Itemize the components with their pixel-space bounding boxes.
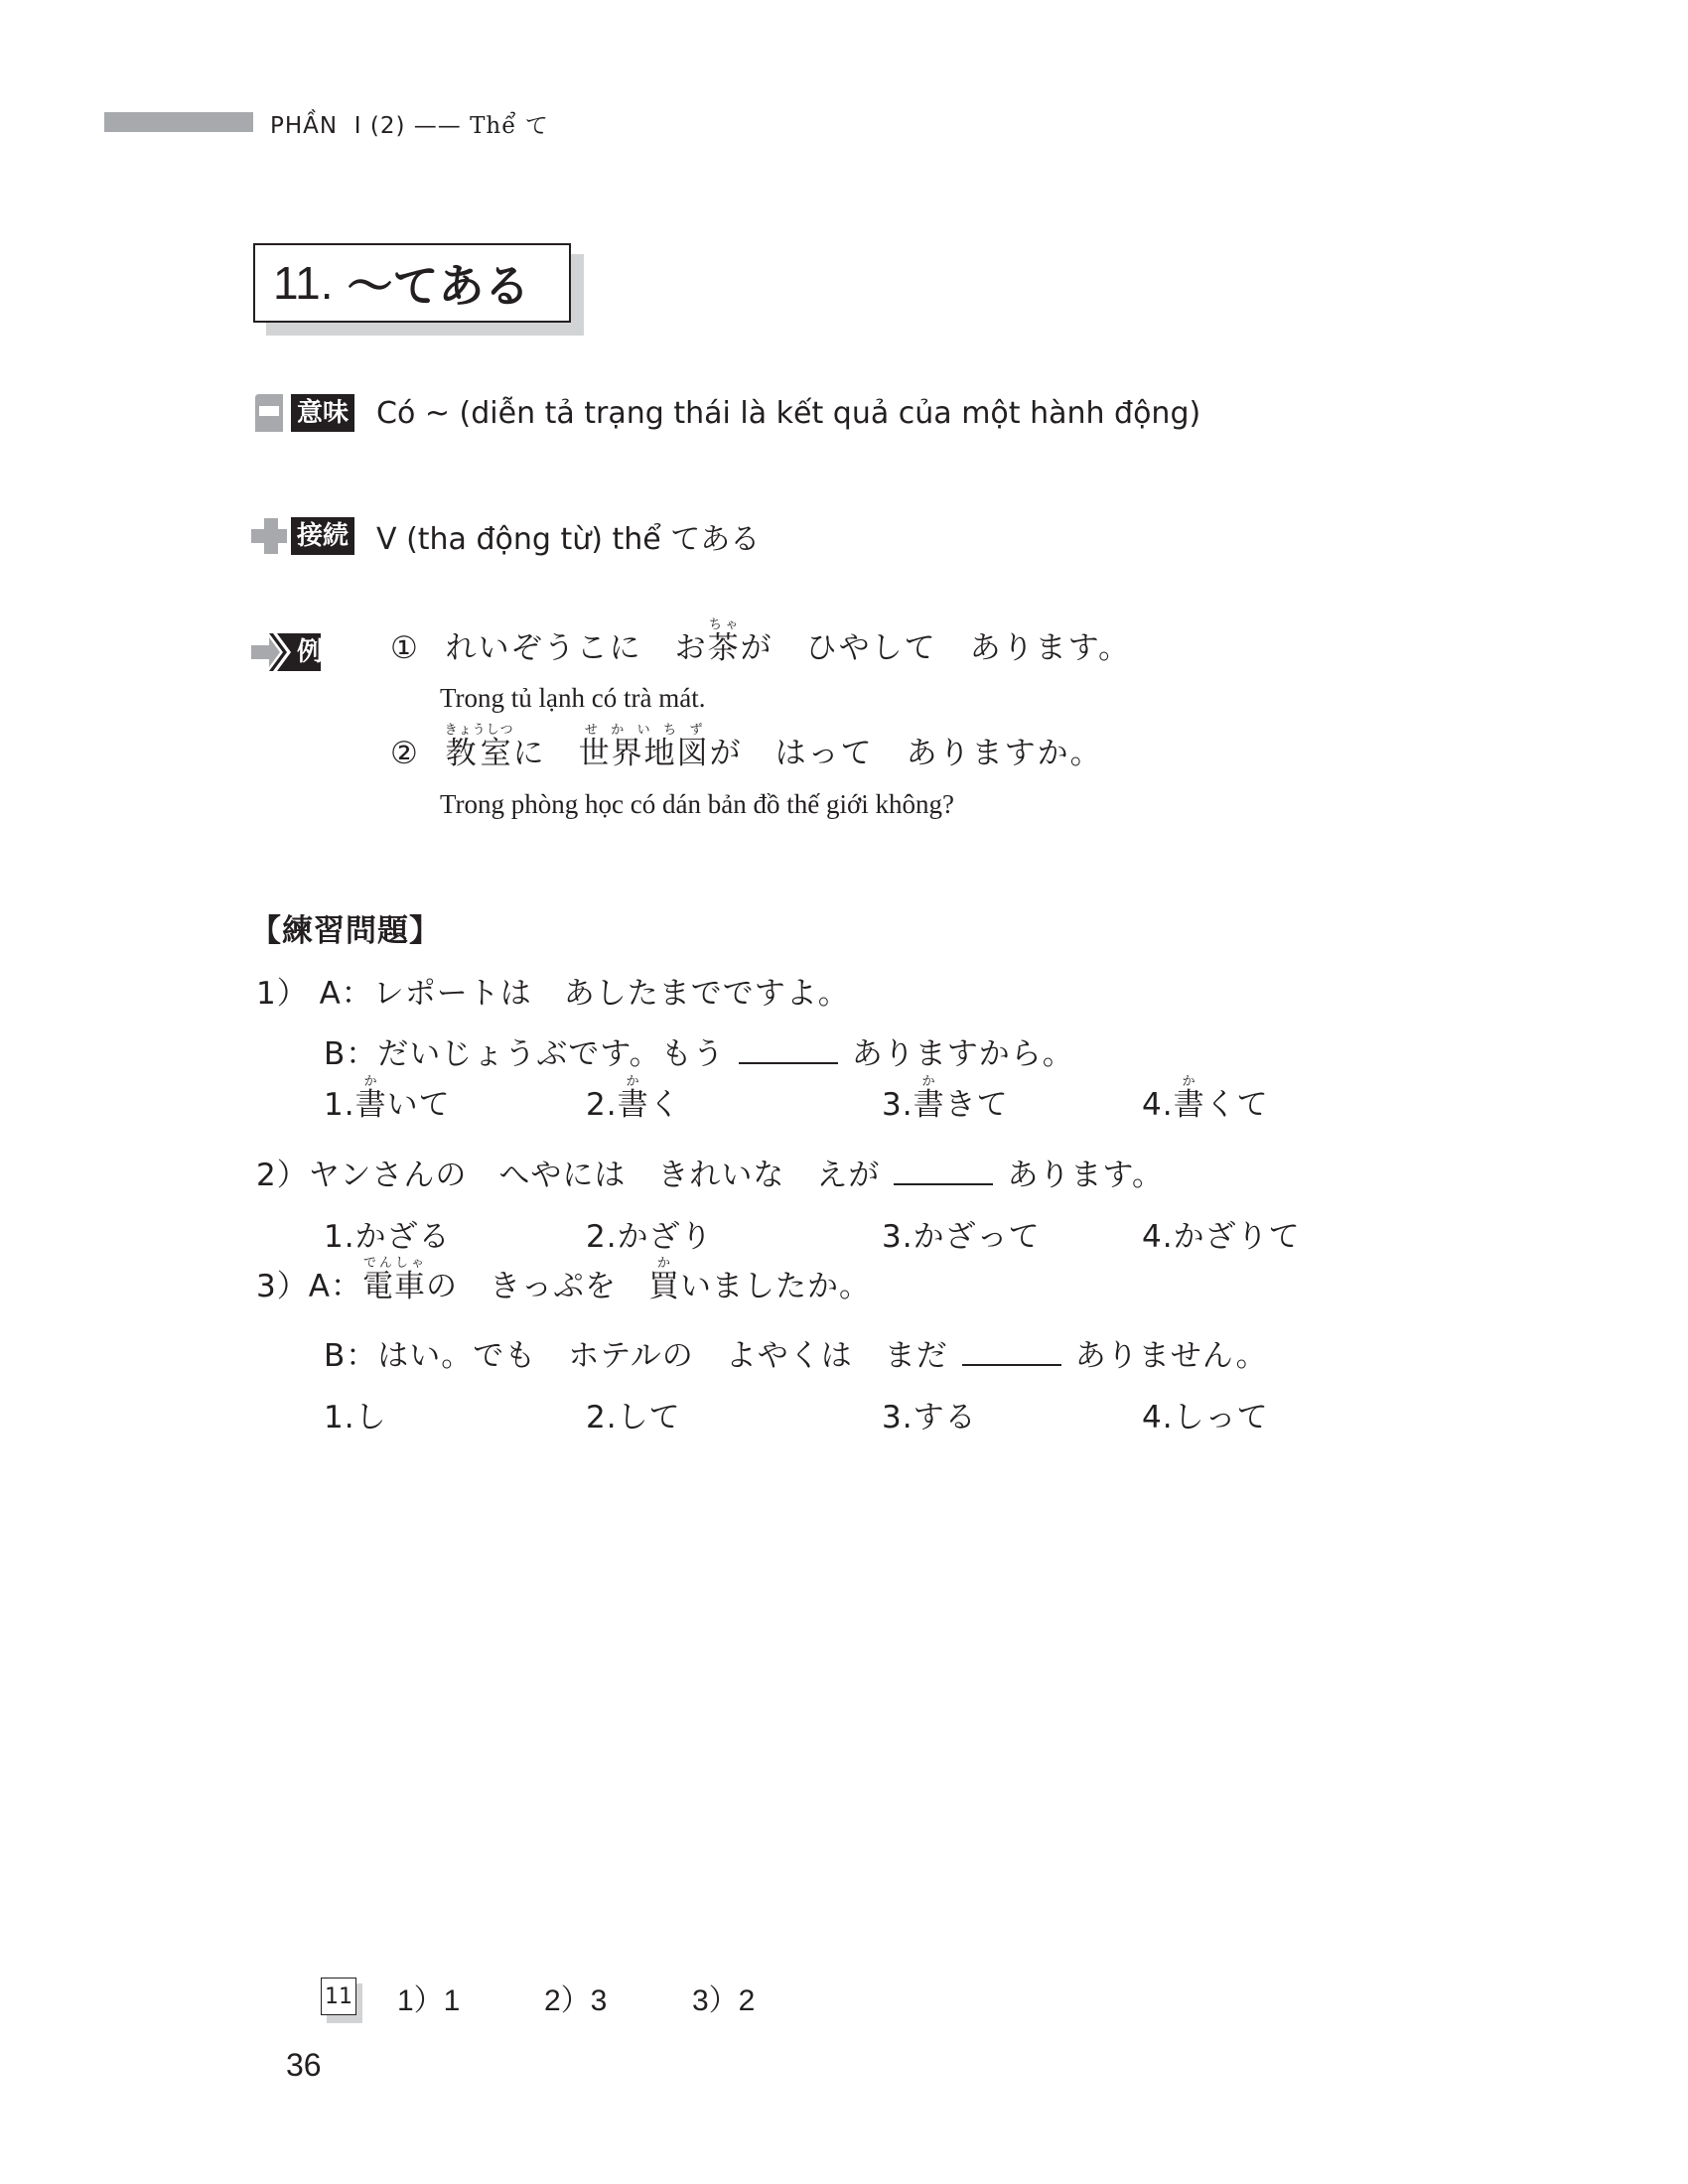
- question-1-line-b: B：だいじょうぶです。もうありますから。: [324, 1028, 1074, 1073]
- furigana-word: 書か: [914, 1087, 945, 1123]
- kanji: 書: [618, 1087, 649, 1123]
- furigana-word: 茶ちゃ: [708, 630, 741, 666]
- option-label: 1.: [324, 1400, 355, 1435]
- option-label: 2.: [586, 1400, 618, 1435]
- plus-icon: [251, 516, 291, 556]
- example-text: が ひやして あります。: [741, 630, 1132, 666]
- option[interactable]: 2.かざり: [586, 1211, 713, 1256]
- kanji: 電車: [362, 1269, 426, 1304]
- header-bar: [104, 112, 253, 132]
- kanji: 世界地図: [579, 736, 710, 771]
- option-text: かざりて: [1174, 1219, 1301, 1255]
- option[interactable]: 1.し: [324, 1392, 387, 1436]
- connection-row: 接続 V (tha động từ) thể てある: [251, 514, 760, 558]
- question-2-line: 2）ヤンさんの へやには きれいな えがあります。: [256, 1150, 1164, 1194]
- question-text: A：レポートは あしたまでですよ。: [320, 976, 850, 1012]
- option[interactable]: 3.かざって: [882, 1211, 1041, 1256]
- kanji: 書: [355, 1087, 387, 1123]
- exercises-heading: 【練習問題】: [250, 905, 441, 950]
- answer-2: 2）3: [544, 1976, 607, 2019]
- option-label: 4.: [1142, 1219, 1174, 1255]
- furigana: か: [648, 1256, 680, 1271]
- furigana-word: 電車でんしゃ: [362, 1269, 426, 1304]
- question-text: ありません。: [1075, 1338, 1268, 1374]
- answer-blank: [739, 1036, 838, 1064]
- part-number: Ⅰ: [354, 113, 362, 139]
- option[interactable]: 2.して: [586, 1392, 681, 1436]
- connection-text: V (tha động từ) thể てある: [376, 514, 760, 558]
- topic-jp: て: [525, 113, 549, 139]
- answer-1: 1）1: [397, 1976, 460, 2019]
- lesson-title: 11. 〜てある: [253, 243, 571, 323]
- option-label: 3.: [882, 1087, 914, 1123]
- option-label: 2.: [586, 1219, 618, 1255]
- answer-blank: [894, 1158, 993, 1185]
- furigana-word: 書か: [355, 1087, 387, 1123]
- option-text: しって: [1174, 1400, 1269, 1435]
- kanji: 教室: [445, 736, 514, 771]
- section-number: (2): [370, 113, 406, 139]
- question-number: 3）: [256, 1269, 309, 1304]
- option[interactable]: 4.しって: [1142, 1392, 1269, 1436]
- example-text: れいぞうこに お: [446, 630, 708, 666]
- option[interactable]: 2.書かく: [586, 1074, 681, 1124]
- page-number: 36: [286, 2047, 322, 2084]
- book-icon: [251, 394, 287, 432]
- question-text: いましたか。: [680, 1269, 871, 1304]
- question-text: A：: [309, 1269, 362, 1304]
- question-text: B：はい。でも ホテルの よやくは まだ: [324, 1338, 948, 1374]
- answer-lesson-box: 11: [321, 1978, 356, 2015]
- example-1-jp: ① れいぞうこに お茶ちゃが ひやして あります。: [390, 617, 1131, 667]
- furigana: でんしゃ: [362, 1256, 426, 1271]
- furigana-word: 書か: [1174, 1087, 1205, 1123]
- topic-vi: Thể: [470, 113, 516, 139]
- question-text: あります。: [1007, 1158, 1164, 1193]
- option-label: 3.: [882, 1219, 914, 1255]
- furigana: か: [355, 1074, 387, 1089]
- furigana-word: 買か: [648, 1269, 680, 1304]
- option[interactable]: 1.かざる: [324, 1211, 451, 1256]
- option-text: きて: [945, 1087, 1009, 1123]
- furigana-word: 書か: [618, 1087, 649, 1123]
- option-text: し: [355, 1400, 387, 1435]
- furigana: か: [618, 1074, 649, 1089]
- meaning-row: 意味 Có ~ (diễn tả trạng thái là kết quả c…: [251, 394, 1200, 432]
- option-label: 1.: [324, 1219, 355, 1255]
- question-number: 1）: [256, 976, 309, 1012]
- furigana-word: 教室きょうしつ: [446, 736, 513, 771]
- examples-tag-row: 例文: [251, 633, 354, 671]
- option-text: かざり: [618, 1219, 713, 1255]
- example-text: が はって ありますか。: [710, 736, 1103, 771]
- option[interactable]: 4.書かくて: [1142, 1074, 1269, 1124]
- question-3-line-a: 3）A：電車でんしゃの きっぷを 買かいましたか。: [256, 1256, 871, 1305]
- question-1-line-a: 1） A：レポートは あしたまでですよ。: [256, 968, 850, 1013]
- kanji: 茶: [708, 630, 741, 666]
- connection-tag: 接続: [287, 517, 354, 555]
- furigana: せかいちず: [579, 723, 710, 738]
- option-label: 2.: [586, 1087, 618, 1123]
- part-label: PHẦN: [270, 113, 338, 139]
- option-text: して: [618, 1400, 681, 1435]
- example-text: に: [513, 736, 579, 771]
- answer-3: 3）2: [692, 1976, 755, 2019]
- meaning-tag: 意味: [291, 394, 354, 432]
- example-2-jp: ② 教室きょうしつに 世界地図せかいちずが はって ありますか。: [390, 723, 1103, 772]
- option-text: くて: [1205, 1087, 1269, 1123]
- grammar-pattern: 〜てある: [348, 250, 530, 316]
- option[interactable]: 3.する: [882, 1392, 977, 1436]
- option-label: 4.: [1142, 1087, 1174, 1123]
- kanji: 買: [648, 1269, 680, 1304]
- examples-tag: 例文: [291, 633, 354, 671]
- question-text: の きっぷを: [426, 1269, 648, 1304]
- example-marker: ②: [390, 736, 420, 771]
- meaning-text: Có ~ (diễn tả trạng thái là kết quả của …: [376, 396, 1200, 431]
- option[interactable]: 1.書かいて: [324, 1074, 451, 1124]
- furigana: きょうしつ: [445, 723, 514, 738]
- option[interactable]: 3.書かきて: [882, 1074, 1009, 1124]
- option-text: いて: [387, 1087, 451, 1123]
- option-text: する: [914, 1400, 977, 1435]
- option-text: かざる: [355, 1219, 451, 1255]
- kanji: 書: [1174, 1087, 1205, 1123]
- example-1-translation: Trong tủ lạnh có trà mát.: [440, 683, 705, 714]
- option-label: 1.: [324, 1087, 355, 1123]
- question-text: B：だいじょうぶです。もう: [324, 1036, 725, 1072]
- furigana: か: [1174, 1074, 1205, 1089]
- option-label: 3.: [882, 1400, 914, 1435]
- question-3-line-b: B：はい。でも ホテルの よやくは まだありません。: [324, 1330, 1268, 1375]
- lesson-number: 11.: [273, 256, 334, 310]
- furigana-word: 世界地図せかいちず: [579, 736, 710, 771]
- kanji: 書: [914, 1087, 945, 1123]
- question-number: 2）: [256, 1158, 309, 1193]
- option[interactable]: 4.かざりて: [1142, 1211, 1301, 1256]
- answer-blank: [962, 1338, 1061, 1366]
- header-dash: ——: [414, 113, 462, 139]
- example-2-translation: Trong phòng học có dán bản đồ thế giới k…: [440, 789, 954, 820]
- option-text: く: [649, 1087, 681, 1123]
- option-text: かざって: [914, 1219, 1041, 1255]
- question-text: ヤンさんの へやには きれいな えが: [309, 1158, 881, 1193]
- question-text: ありますから。: [852, 1036, 1074, 1072]
- running-header: PHẦN Ⅰ (2) —— Thể て: [270, 107, 549, 140]
- example-marker: ①: [390, 630, 420, 666]
- furigana: ちゃ: [708, 617, 741, 632]
- option-label: 4.: [1142, 1400, 1174, 1435]
- furigana: か: [914, 1074, 945, 1089]
